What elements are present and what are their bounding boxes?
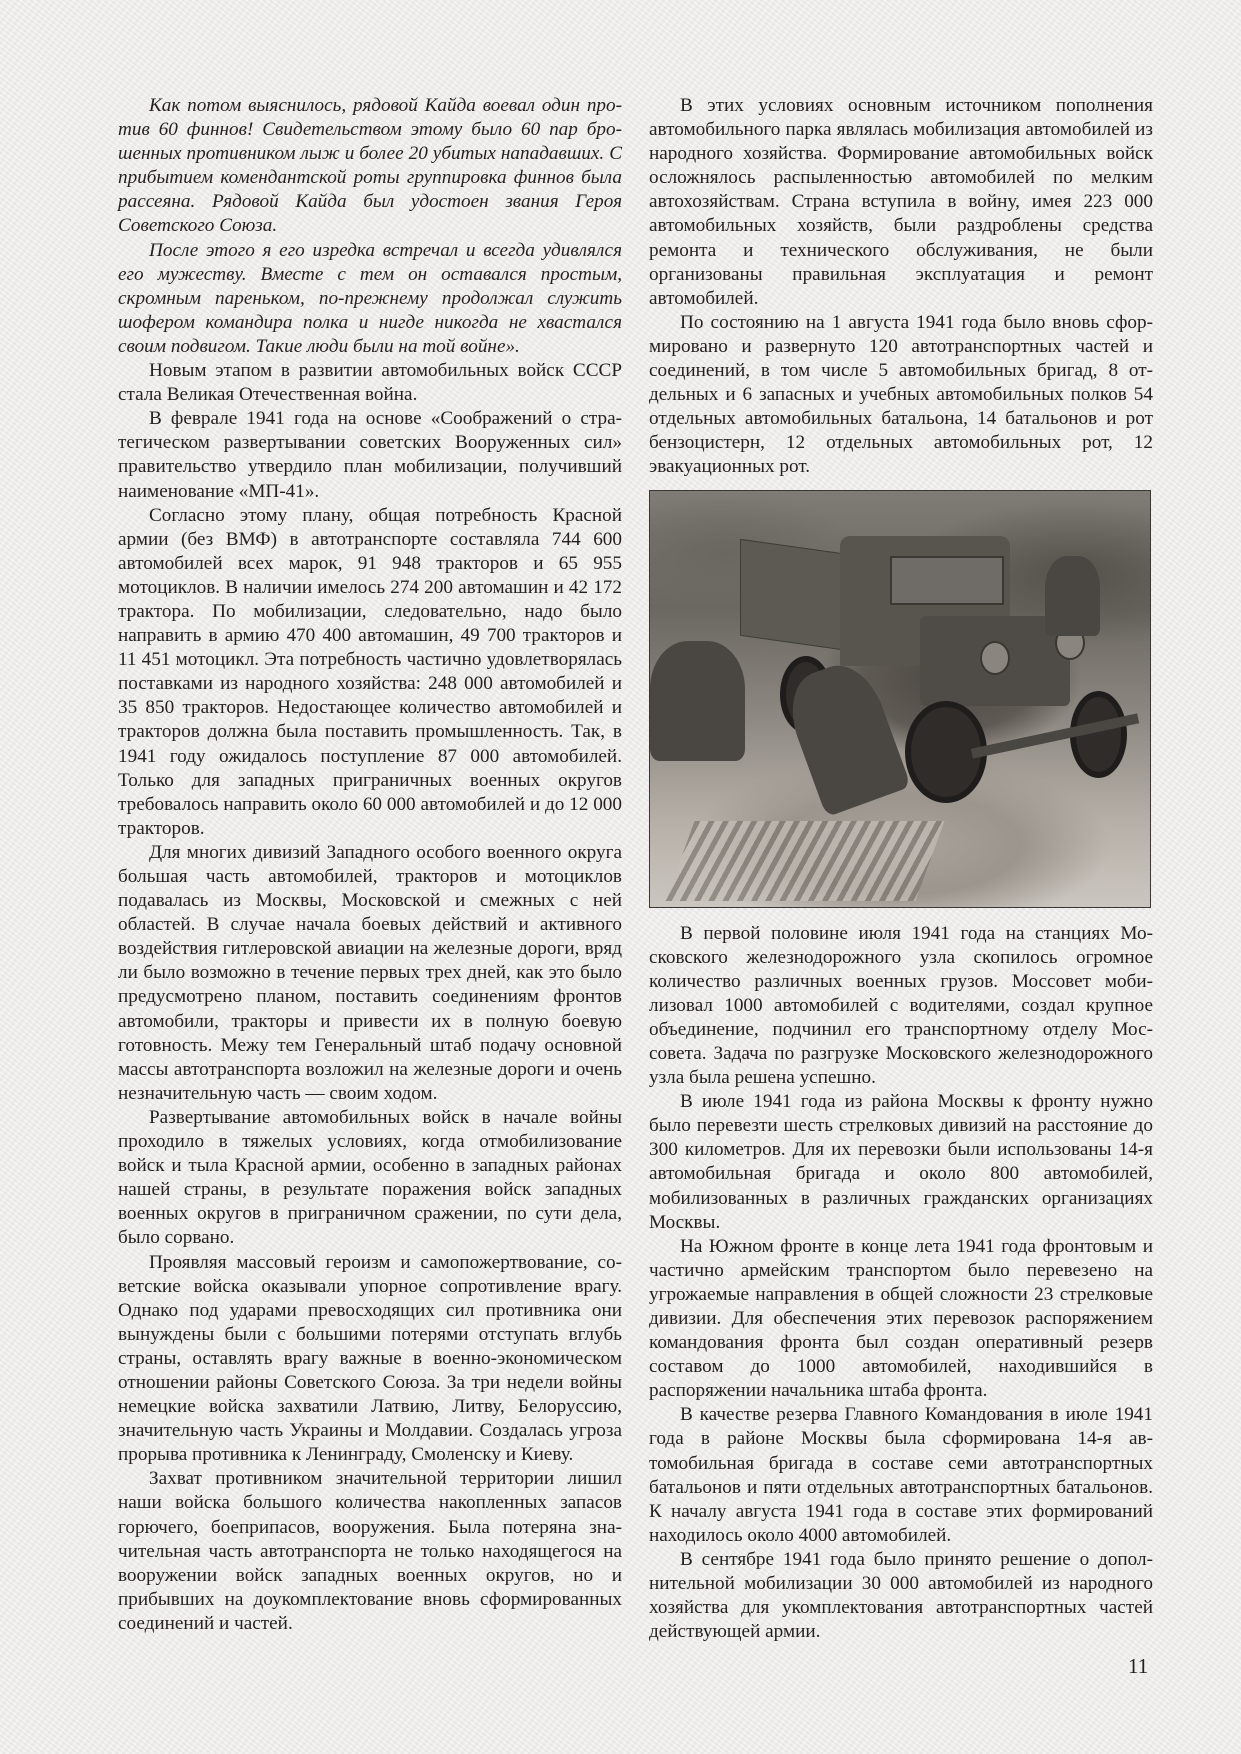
right-text-column: В этих условиях основным источником попо… xyxy=(649,94,1153,1644)
paragraph-territory-loss: Захват противником значительной территор… xyxy=(118,1467,622,1636)
paragraph-mp41-plan: В феврале 1941 года на основе «Соображен… xyxy=(118,407,622,503)
paragraph-quote-kaida-2: После этого я его изредка встречал и все… xyxy=(118,239,622,359)
paragraph-western-district: Для многих дивизий Западного особого вое… xyxy=(118,841,622,1106)
paragraph-southern-front: На Южном фронте в конце лета 1941 года ф… xyxy=(649,1235,1153,1404)
mud-tracks-shape xyxy=(665,821,944,901)
soldier-left-shape xyxy=(650,641,745,761)
paragraph-quote-kaida-1: Как потом выяснилось, рядовой Кайда воев… xyxy=(118,94,622,239)
left-text-column: Как потом выяснилось, рядовой Кайда воев… xyxy=(118,94,622,1636)
paragraph-heroism: Проявляя массовый героизм и самопожертво… xyxy=(118,1251,622,1468)
page-number: 11 xyxy=(1128,1654,1148,1679)
paragraph-deployment: Развертывание автомобильных войск в нача… xyxy=(118,1106,622,1251)
paragraph-new-stage: Новым этапом в развитии автомобильных во… xyxy=(118,359,622,407)
paragraph-september-mobilization: В сентябре 1941 года было принято решени… xyxy=(649,1548,1153,1644)
paragraph-plan-requirements: Согласно этому плану, общая потребность … xyxy=(118,504,622,841)
photo-truck-in-mud xyxy=(649,490,1151,908)
paragraph-high-command-reserve: В качестве резерва Главного Командования… xyxy=(649,1403,1153,1548)
paragraph-july-transport: В июле 1941 года из района Москвы к фрон… xyxy=(649,1090,1153,1235)
soldier-right-shape xyxy=(1045,556,1100,636)
truck-windshield-shape xyxy=(890,556,1004,605)
paragraph-mobilization-source: В этих условиях основным источником попо… xyxy=(649,94,1153,311)
paragraph-august-1941-units: По состоянию на 1 августа 1941 года было… xyxy=(649,311,1153,480)
paragraph-moscow-rail-hub: В первой половине июля 1941 года на стан… xyxy=(649,922,1153,1091)
truck-headlamp-left-shape xyxy=(980,641,1010,675)
